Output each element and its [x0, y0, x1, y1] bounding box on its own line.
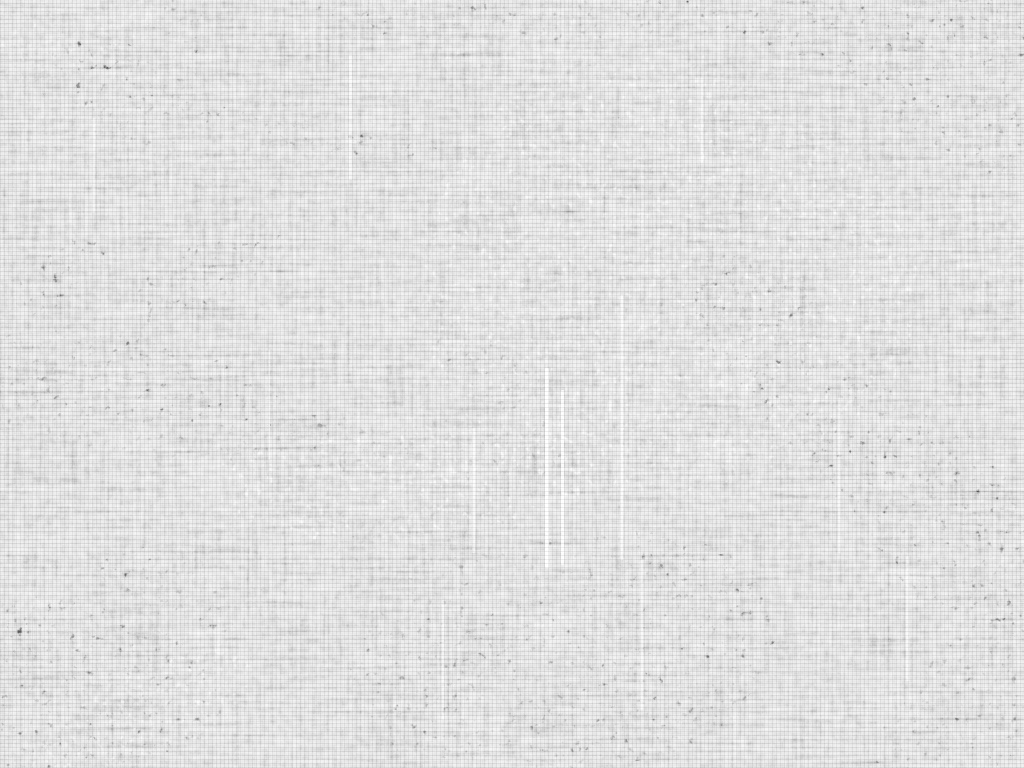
scratch-streak [640, 560, 643, 710]
scratch-streak [700, 78, 703, 163]
scratch-streak [561, 390, 564, 565]
scratch-streak [838, 398, 841, 553]
scratch-streak [349, 55, 352, 180]
fabric-texture-image [0, 0, 1024, 768]
scratch-streak [906, 556, 909, 681]
scratch-streak [268, 350, 270, 460]
fabric-texture-canvas [0, 0, 1024, 768]
scratch-streak [472, 428, 475, 553]
scratch-streak [92, 118, 95, 213]
scratch-streak [620, 295, 623, 560]
fine-grain [0, 0, 1024, 768]
scratch-streak [545, 368, 549, 568]
scratch-streak [442, 600, 444, 720]
